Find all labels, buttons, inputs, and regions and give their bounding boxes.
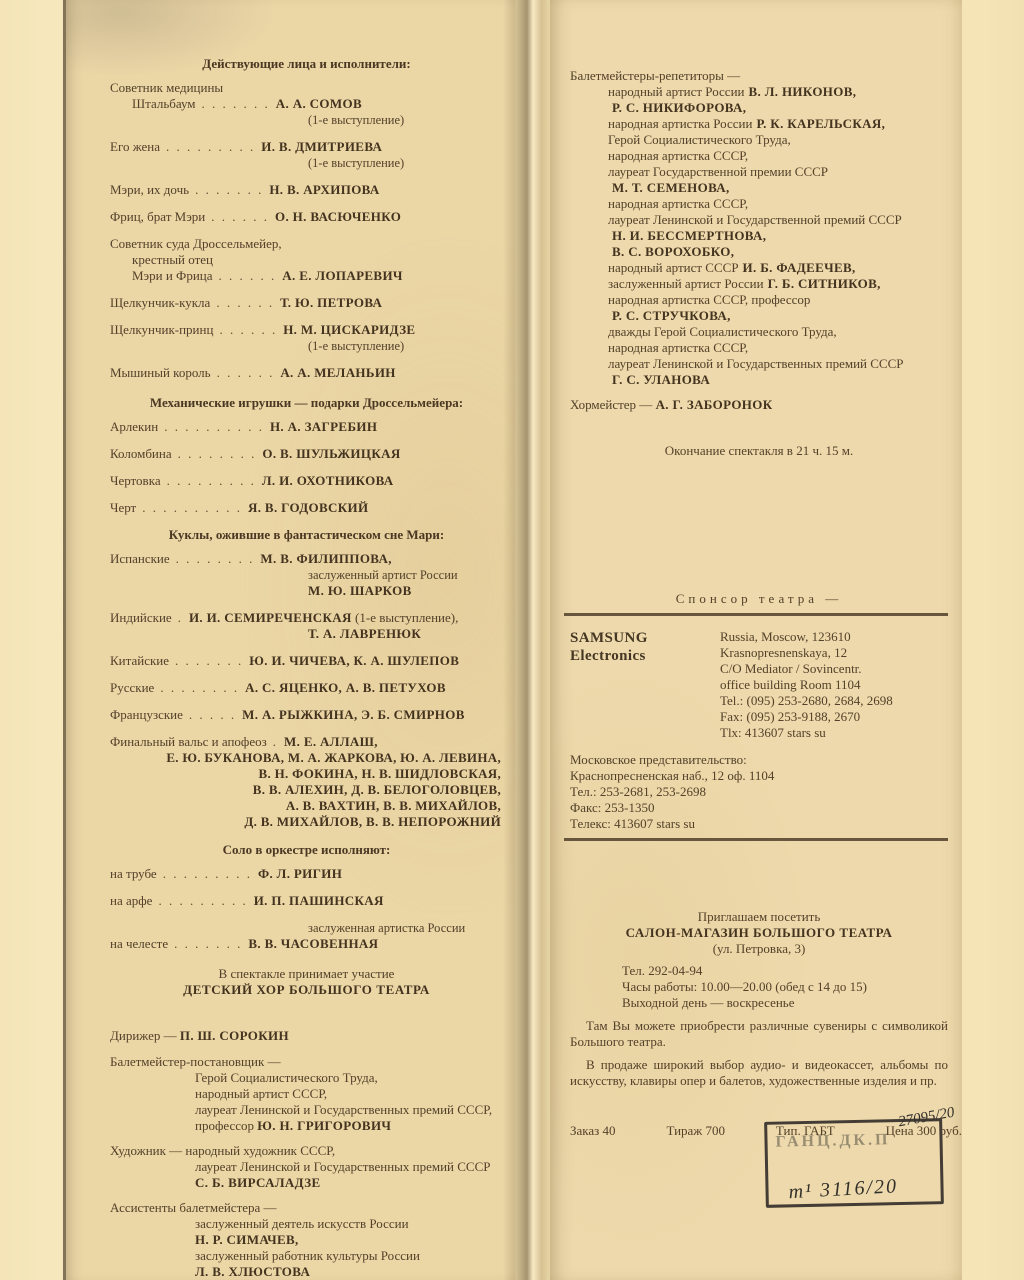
choir-note-line1: В спектакле принимает участие	[110, 966, 503, 982]
performer-name: Н. В. АРХИПОВА	[269, 182, 379, 197]
assistants-label: Ассистенты балетмейстера —	[110, 1200, 503, 1216]
repetiteur-line: Р. С. СТРУЧКОВА,	[608, 308, 948, 324]
performer-name: О. В. ШУЛЬЖИЦКАЯ	[262, 446, 400, 461]
performer-name: М. Ю. ШАРКОВ	[308, 583, 503, 599]
performer-name: Р. С. СТРУЧКОВА,	[612, 308, 731, 323]
assistant-name: Н. Р. СИМАЧЕВ,	[195, 1232, 299, 1247]
title-line: народный артист СССР,	[195, 1086, 503, 1102]
dot-leader: .	[178, 610, 183, 625]
dot-leader: . . . . . . . . .	[166, 139, 255, 154]
cast-row-stahlbaum: Советник медицины Штальбаум. . . . . . .…	[110, 80, 503, 128]
performer-name: Т. А. ЛАВРЕНЮК	[308, 626, 503, 642]
dot-leader: . . . . . .	[211, 209, 269, 224]
brand-line1: SAMSUNG	[570, 629, 720, 647]
dot-leader: . . . . .	[189, 707, 236, 722]
performer-name: В. В. ЧАСОВЕННАЯ	[248, 936, 378, 951]
samsung-address: Russia, Moscow, 123610Krasnopresnenskaya…	[720, 629, 893, 741]
performer-name: А. А. МЕЛАНЬИН	[280, 365, 395, 380]
dot-leader: . . . . . . . .	[176, 551, 255, 566]
scanned-program-spread: Действующие лица и исполнители: Советник…	[0, 0, 1024, 1280]
moscow-office-block: Московское представительство:Краснопресн…	[570, 752, 948, 832]
performer-name: Р. С. НИКИФОРОВА,	[612, 100, 746, 115]
cast-row-marie: Мэри, их дочь. . . . . . .Н. В. АРХИПОВА	[110, 182, 503, 198]
brand-line2: Electronics	[570, 647, 720, 665]
ending-time: Окончание спектакля в 21 ч. 15 м.	[570, 443, 948, 459]
dot-leader: . . . . . . .	[202, 96, 270, 111]
moscow-office-line: Краснопресненская наб., 12 оф. 1104	[570, 768, 948, 784]
cast-heading: Действующие лица и исполнители:	[110, 56, 503, 72]
cast-row-mouse-king: Мышиный король. . . . . .А. А. МЕЛАНЬИН	[110, 365, 503, 381]
conductor-name: П. Ш. СОРОКИН	[180, 1028, 289, 1043]
performance-note: (1-е выступление)	[308, 338, 503, 354]
repetiteur-line: В. С. ВОРОХОБКО,	[608, 244, 948, 260]
dot-leader: . . . . . . . . .	[158, 893, 247, 908]
performer-name: Д. В. МИХАЙЛОВ, В. В. НЕПОРОЖНИЙ	[110, 814, 503, 830]
cast-role-line: Советник медицины	[110, 80, 503, 96]
invite-line: Приглашаем посетить	[570, 909, 948, 925]
solo-row: на арфе. . . . . . . . .И. П. ПАШИНСКАЯ	[110, 893, 503, 909]
shop-paragraph-2: В продаже широкий выбор аудио- и видеока…	[570, 1057, 948, 1089]
left-page: Действующие лица и исполнители: Советник…	[63, 0, 515, 1280]
title-line: лауреат Ленинской и Государственных прем…	[195, 1102, 503, 1118]
dot-leader: .	[273, 734, 278, 749]
performer-name: И. Б. ФАДЕЕЧЕВ,	[743, 260, 856, 275]
solo-row: заслуженная артистка России на челесте. …	[110, 920, 503, 952]
dot-leader: . . . . . .	[216, 295, 274, 310]
dot-leader: . . . . . . .	[174, 936, 242, 951]
dot-leader: . . . . . . . . . .	[164, 419, 264, 434]
doll-row: Французские. . . . .М. А. РЫЖКИНА, Э. Б.…	[110, 707, 503, 723]
dolls-list: Испанские. . . . . . . .М. В. ФИЛИППОВА,…	[110, 551, 503, 723]
performer-name: Н. А. ЗАГРЕБИН	[270, 419, 377, 434]
address-line: Tlx: 413607 stars su	[720, 725, 893, 741]
dot-leader: . . . . . . .	[195, 182, 263, 197]
repetiteurs-label: Балетмейстеры-репетиторы —	[570, 68, 948, 84]
repetiteur-line: Г. С. УЛАНОВА	[608, 372, 948, 388]
dot-leader: . . . . . . . . .	[167, 473, 256, 488]
repetiteur-line: Н. И. БЕССМЕРТНОВА,	[608, 228, 948, 244]
sponsor-block: SAMSUNG Electronics Russia, Moscow, 1236…	[570, 629, 948, 741]
designer-label: Художник — народный художник СССР,	[110, 1143, 503, 1159]
address-line: Krasnopresnenskaya, 12	[720, 645, 893, 661]
dot-leader: . . . . . .	[219, 322, 277, 337]
cast-row-nutcracker-prince: Щелкунчик-принц. . . . . .Н. М. ЦИСКАРИД…	[110, 322, 503, 354]
stager-label: Балетмейстер-постановщик —	[110, 1054, 503, 1070]
repetiteur-line: народная артистка СССР,	[608, 148, 948, 164]
address-line: C/O Mediator / Sovincentr.	[720, 661, 893, 677]
stamp-text: ГАНЦ.ДК.П	[775, 1132, 890, 1150]
performer-name: Р. К. КАРЕЛЬСКАЯ,	[756, 116, 885, 131]
repetiteur-line: лауреат Ленинской и Государственных прем…	[608, 356, 948, 372]
stager-titles: Герой Социалистического Труда,народный а…	[195, 1070, 503, 1118]
samsung-brand: SAMSUNG Electronics	[570, 629, 720, 741]
performer-name: Т. Ю. ПЕТРОВА	[280, 295, 382, 310]
repetiteur-line: Герой Социалистического Труда,	[608, 132, 948, 148]
address-line: Fax: (095) 253-9188, 2670	[720, 709, 893, 725]
performer-name: М. В. ФИЛИППОВА,	[260, 551, 391, 566]
performer-name: О. Н. ВАСЮЧЕНКО	[275, 209, 401, 224]
divider-rule-bottom	[564, 838, 948, 841]
performer-title: заслуженный артист России	[308, 567, 503, 583]
repetiteurs-block: Балетмейстеры-репетиторы — народный арти…	[570, 68, 948, 388]
cast-row-fritz: Фриц, брат Мэри. . . . . .О. Н. ВАСЮЧЕНК…	[110, 209, 503, 225]
repetiteur-line: народная артистка СССР,	[608, 196, 948, 212]
performer-name: Е. Ю. БУКАНОВА, М. А. ЖАРКОВА, Ю. А. ЛЕВ…	[110, 750, 503, 766]
dot-leader: . . . . . . . . . .	[142, 500, 242, 515]
performer-name: М. А. РЫЖКИНА, Э. Б. СМИРНОВ	[242, 707, 465, 722]
doll-row: Испанские. . . . . . . .М. В. ФИЛИППОВА,…	[110, 551, 503, 599]
dot-leader: . . . . . . . .	[160, 680, 239, 695]
shop-title: САЛОН-МАГАЗИН БОЛЬШОГО ТЕАТРА	[570, 925, 948, 941]
moscow-office-line: Факс: 253-1350	[570, 800, 948, 816]
performer-title: заслуженная артистка России	[308, 920, 503, 936]
performer-name: А. Е. ЛОПАРЕВИЧ	[282, 268, 403, 283]
doll-row: Китайские. . . . . . .Ю. И. ЧИЧЕВА, К. А…	[110, 653, 503, 669]
title-line: лауреат Ленинской и Государственных прем…	[195, 1159, 503, 1175]
performer-name: В. Н. ФОКИНА, Н. В. ШИДЛОВСКАЯ,	[110, 766, 503, 782]
toys-list: Арлекин. . . . . . . . . .Н. А. ЗАГРЕБИН…	[110, 419, 503, 516]
performer-name: Н. И. БЕССМЕРТНОВА,	[612, 228, 766, 243]
performer-name: Г. С. УЛАНОВА	[612, 372, 710, 387]
library-stamp-box: ГАНЦ.ДК.П 27095/20 т¹ 3116/20	[764, 1118, 944, 1208]
stamp-number-bottom: т¹ 3116/20	[788, 1178, 898, 1200]
performer-name: Л. И. ОХОТНИКОВА	[262, 473, 394, 488]
designer-block: Художник — народный художник СССР, лауре…	[110, 1143, 503, 1191]
dot-leader: . . . . . .	[219, 268, 277, 283]
repetiteur-line: лауреат Ленинской и Государственной прем…	[608, 212, 948, 228]
solo-row: на трубе. . . . . . . . .Ф. Л. РИГИН	[110, 866, 503, 882]
toys-heading: Механические игрушки — подарки Дроссельм…	[110, 395, 503, 411]
repetiteur-line: народный артист СССРИ. Б. ФАДЕЕЧЕВ,	[608, 260, 948, 276]
assistant-name: Л. В. ХЛЮСТОВА	[195, 1264, 503, 1280]
moscow-office-line: Московское представительство:	[570, 752, 948, 768]
left-page-content: Действующие лица и исполнители: Советник…	[66, 0, 515, 1280]
sponsor-heading: Спонсор театра —	[570, 591, 948, 607]
dot-leader: . . . . . . .	[175, 653, 243, 668]
doll-row: Русские. . . . . . . .А. С. ЯЦЕНКО, А. В…	[110, 680, 503, 696]
title-line: Герой Социалистического Труда,	[195, 1070, 503, 1086]
doll-row: Индийские.И. И. СЕМИРЕЧЕНСКАЯ (1-е высту…	[110, 610, 503, 642]
repetiteur-line: заслуженный артист РоссииГ. Б. СИТНИКОВ,	[608, 276, 948, 292]
toy-row: Чертовка. . . . . . . . .Л. И. ОХОТНИКОВ…	[110, 473, 503, 489]
performer-name: Ю. И. ЧИЧЕВА, К. А. ШУЛЕПОВ	[249, 653, 459, 668]
toy-row: Черт. . . . . . . . . .Я. В. ГОДОВСКИЙ	[110, 500, 503, 516]
divider-rule-top	[564, 613, 948, 616]
performer-name: В. Л. НИКОНОВ,	[749, 84, 857, 99]
cast-row-drosselmeyer: Советник суда Дроссельмейер, крестный от…	[110, 236, 503, 284]
repetiteur-line: народная артистка СССР, профессор	[608, 292, 948, 308]
dolls-heading: Куклы, ожившие в фантастическом сне Мари…	[110, 527, 503, 543]
repetiteurs-lines: народный артист РоссииВ. Л. НИКОНОВ, Р. …	[608, 84, 948, 388]
dot-leader: . . . . . .	[217, 365, 275, 380]
performer-name: Я. В. ГОДОВСКИЙ	[248, 500, 369, 515]
choir-note-line2: ДЕТСКИЙ ХОР БОЛЬШОГО ТЕАТРА	[110, 982, 503, 998]
performer-name: В. С. ВОРОХОБКО,	[612, 244, 734, 259]
solo-heading: Соло в оркестре исполняют:	[110, 842, 503, 858]
repetiteur-line: лауреат Государственной премии СССР	[608, 164, 948, 180]
shop-dayoff: Выходной день — воскресенье	[622, 995, 948, 1011]
performer-name: Г. Б. СИТНИКОВ,	[768, 276, 881, 291]
cast-row-wife: Его жена. . . . . . . . .И. В. ДМИТРИЕВА…	[110, 139, 503, 171]
imprint-print-run: Тираж 700	[666, 1123, 725, 1139]
performer-name: М. Т. СЕМЕНОВА,	[612, 180, 730, 195]
title-line: заслуженный работник культуры России	[195, 1248, 503, 1264]
finale-block: Финальный вальс и апофеоз.М. Е. АЛЛАШ, Е…	[110, 734, 503, 830]
performer-name: Ф. Л. РИГИН	[258, 866, 342, 881]
conductor-line: Дирижер — П. Ш. СОРОКИН	[110, 1028, 503, 1044]
dot-leader: . . . . . . . .	[178, 446, 257, 461]
assistants-block: Ассистенты балетмейстера — заслуженный д…	[110, 1200, 503, 1280]
performer-name: Н. М. ЦИСКАРИДЗЕ	[283, 322, 415, 337]
page-fold-shadow	[503, 0, 555, 1280]
address-line: office building Room 1104	[720, 677, 893, 693]
repetiteur-line: Р. С. НИКИФОРОВА,	[608, 100, 948, 116]
dot-leader: . . . . . . . . .	[163, 866, 252, 881]
address-line: Tel.: (095) 253-2680, 2684, 2698	[720, 693, 893, 709]
finale-names: Е. Ю. БУКАНОВА, М. А. ЖАРКОВА, Ю. А. ЛЕВ…	[110, 750, 503, 830]
chorus-master-line: Хормейстер — А. Г. ЗАБОРОНОК	[570, 397, 948, 413]
performer-name: В. В. АЛЕХИН, Д. В. БЕЛОГОЛОВЦЕВ,	[110, 782, 503, 798]
performer-name: А. С. ЯЦЕНКО, А. В. ПЕТУХОВ	[245, 680, 446, 695]
stager-block: Балетмейстер-постановщик — Герой Социали…	[110, 1054, 503, 1134]
repetiteur-line: дважды Герой Социалистического Труда,	[608, 324, 948, 340]
toy-row: Коломбина. . . . . . . .О. В. ШУЛЬЖИЦКАЯ	[110, 446, 503, 462]
right-page: Балетмейстеры-репетиторы — народный арти…	[550, 0, 962, 1280]
moscow-office-line: Телекс: 413607 stars su	[570, 816, 948, 832]
stager-name: Ю. Н. ГРИГОРОВИЧ	[257, 1118, 391, 1133]
shop-hours: Часы работы: 10.00—20.00 (обед с 14 до 1…	[622, 979, 948, 995]
performer-name: И. И. СЕМИРЕЧЕНСКАЯ	[189, 610, 352, 625]
designer-name: С. Б. ВИРСАЛАДЗЕ	[195, 1175, 503, 1191]
shop-address: (ул. Петровка, 3)	[570, 941, 948, 957]
repetiteur-line: народная артистка РоссииР. К. КАРЕЛЬСКАЯ…	[608, 116, 948, 132]
performer-name: А. А. СОМОВ	[276, 96, 362, 111]
performer-name: М. Е. АЛЛАШ,	[284, 734, 378, 749]
performer-name: А. В. ВАХТИН, В. В. МИХАЙЛОВ,	[110, 798, 503, 814]
address-line: Russia, Moscow, 123610	[720, 629, 893, 645]
repetiteur-line: М. Т. СЕМЕНОВА,	[608, 180, 948, 196]
invite-block: Приглашаем посетить САЛОН-МАГАЗИН БОЛЬШО…	[570, 909, 948, 1089]
performer-name: И. В. ДМИТРИЕВА	[261, 139, 382, 154]
solos-list: на трубе. . . . . . . . .Ф. Л. РИГИН на …	[110, 866, 503, 952]
toy-row: Арлекин. . . . . . . . . .Н. А. ЗАГРЕБИН	[110, 419, 503, 435]
moscow-office-line: Тел.: 253-2681, 253-2698	[570, 784, 948, 800]
cast-row-nutcracker-doll: Щелкунчик-кукла. . . . . .Т. Ю. ПЕТРОВА	[110, 295, 503, 311]
imprint-order: Заказ 40	[570, 1123, 616, 1139]
repetiteur-line: народная артистка СССР,	[608, 340, 948, 356]
performance-note: (1-е выступление)	[308, 112, 503, 128]
shop-paragraph-1: Там Вы можете приобрести различные сувен…	[570, 1018, 948, 1050]
right-page-content: Балетмейстеры-репетиторы — народный арти…	[550, 0, 962, 1212]
performer-name: И. П. ПАШИНСКАЯ	[254, 893, 384, 908]
repetiteur-line: народный артист РоссииВ. Л. НИКОНОВ,	[608, 84, 948, 100]
chorus-master-name: А. Г. ЗАБОРОНОК	[656, 397, 773, 412]
performance-note: (1-е выступление)	[308, 155, 503, 171]
shop-phone: Тел. 292-04-94	[622, 963, 948, 979]
